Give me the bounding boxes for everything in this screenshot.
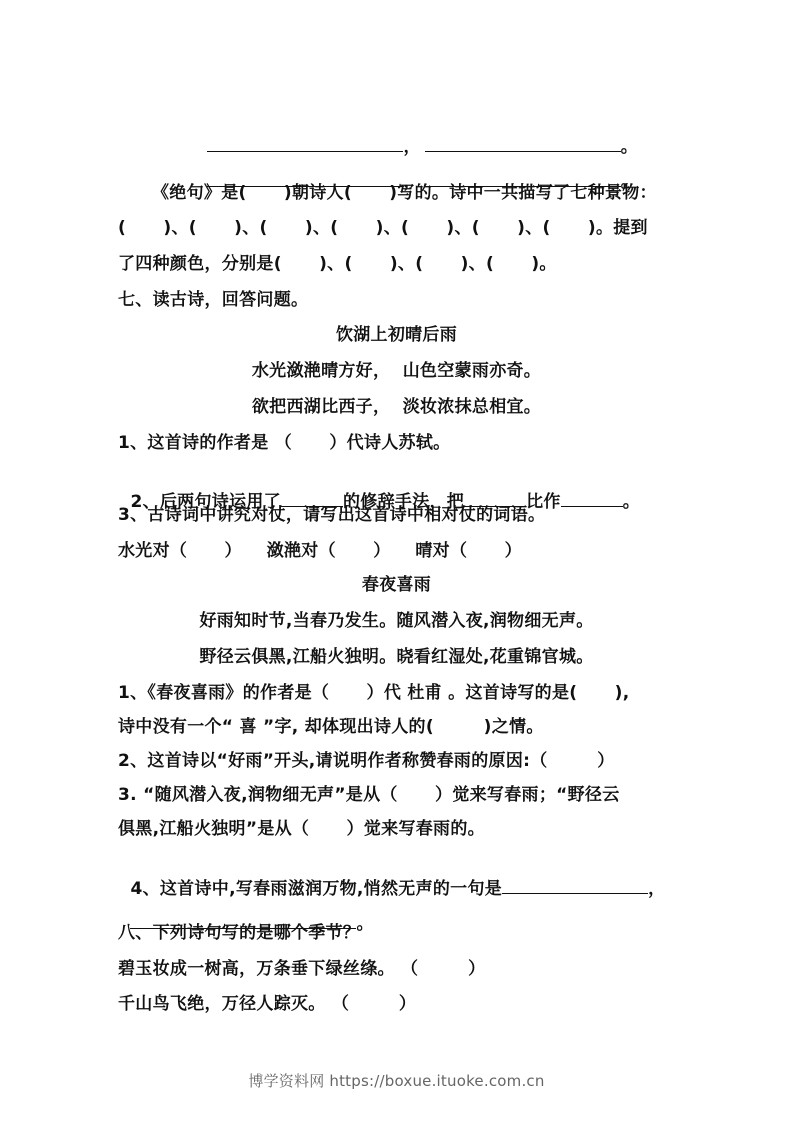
poem-1-title: 饮湖上初晴后雨 [0, 324, 793, 346]
poem-2-question-2: 2、这首诗以“好雨”开头,请说明作者称赞春雨的原因:（ ） [118, 750, 615, 772]
section-8-heading: 八、下列诗句写的是哪个季节？ [118, 922, 360, 944]
poem-1-question-1: 1、这首诗的作者是 （ ）代诗人苏轼。 [118, 432, 450, 454]
poem-2-title: 春夜喜雨 [0, 574, 793, 596]
poem-1-question-3-pairs: 水光对（ ） 潋滟对（ ） 晴对（ ） [118, 540, 522, 562]
section-7-heading: 七、读古诗，回答问题。 [118, 289, 308, 311]
poem-1-line-1: 水光潋滟晴方好， 山色空蒙雨亦奇。 [0, 360, 793, 382]
poem-2-line-2: 野径云俱黑,江船火独明。晓看红湿处,花重锦官城。 [0, 646, 793, 668]
jueju-question-line-3: 了四种颜色，分别是( )、( )、( )、( )。 [118, 253, 557, 275]
section-8-question-1: 碧玉妆成一树高，万条垂下绿丝绦。 （ ） [118, 958, 485, 980]
poem-2-question-3-line-2: 俱黑,江船火独明”是从（ ）觉来写春雨的。 [118, 818, 485, 840]
poem-1-question-3: 3、古诗词中讲究对仗，请写出这首诗中相对仗的词语。 [118, 504, 545, 526]
footer-watermark: 博学资料网 https://boxue.ituoke.com.cn [0, 1070, 793, 1091]
jueju-question-line-1: 《绝句》是( )朝诗人( )写的。诗中一共描写了七种景物： [152, 182, 657, 204]
comma: ， [648, 879, 665, 899]
poem-2-question-1-line-2: 诗中没有一个“ 喜 ”字, 却体现出诗人的( )之情。 [118, 716, 544, 738]
poem-2-question-1-line-1: 1、《春夜喜雨》的作者是（ ）代 杜甫 。这首诗写的是( ), [118, 682, 629, 704]
q2-text-d: 。 [623, 492, 640, 512]
poem-2-line-1: 好雨知时节,当春乃发生。随风潜入夜,润物细无声。 [0, 610, 793, 632]
answer-blank[interactable] [502, 877, 648, 894]
poem-2-question-3-line-1: 3. “随风潜入夜,润物细无声”是从（ ）觉来写春雨；“野径云 [118, 784, 620, 806]
answer-blank[interactable] [561, 490, 623, 507]
poem-1-line-2: 欲把西湖比西子， 淡妆浓抹总相宜。 [0, 396, 793, 418]
section-8-question-2: 千山鸟飞绝，万径人踪灭。 （ ） [118, 993, 416, 1015]
jueju-question-line-2: ( )、( )、( )、( )、( )、( )、( )。提到 [118, 217, 648, 239]
